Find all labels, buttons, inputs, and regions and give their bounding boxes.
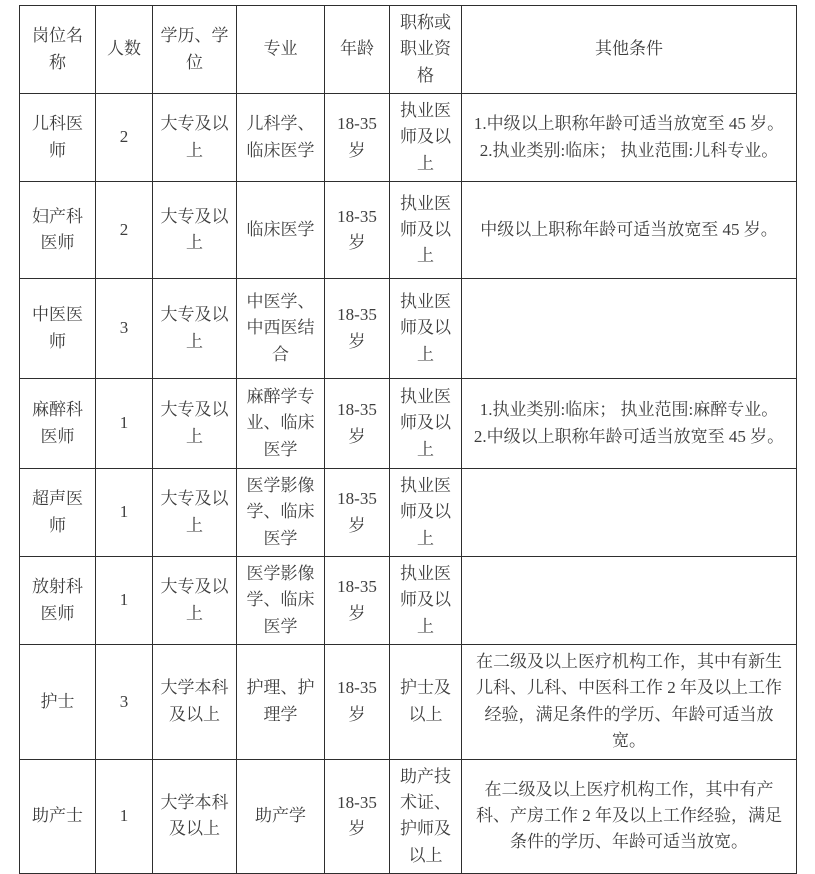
- header-education: 学历、学位: [153, 6, 237, 94]
- header-other-conditions: 其他条件: [462, 6, 797, 94]
- table-row: 儿科医师 2 大专及以上 儿科学、临床医学 18-35岁 执业医师及以上 1.中…: [20, 94, 797, 182]
- cell-count: 1: [96, 759, 153, 873]
- cell-qualification: 执业医师及以上: [390, 557, 462, 645]
- cell-education: 大专及以上: [153, 379, 237, 469]
- cell-age: 18-35岁: [325, 379, 390, 469]
- cell-major: 儿科学、临床医学: [237, 94, 325, 182]
- table-row: 麻醉科医师 1 大专及以上 麻醉学专业、临床医学 18-35岁 执业医师及以上 …: [20, 379, 797, 469]
- cell-other-conditions: [462, 557, 797, 645]
- cell-education: 大专及以上: [153, 469, 237, 557]
- cell-count: 1: [96, 469, 153, 557]
- cell-count: 2: [96, 94, 153, 182]
- cell-major: 中医学、中西医结合: [237, 279, 325, 379]
- cell-age: 18-35岁: [325, 279, 390, 379]
- table-row: 妇产科医师 2 大专及以上 临床医学 18-35岁 执业医师及以上 中级以上职称…: [20, 182, 797, 279]
- header-count: 人数: [96, 6, 153, 94]
- cell-age: 18-35岁: [325, 182, 390, 279]
- cell-age: 18-35岁: [325, 94, 390, 182]
- cell-position: 中医医师: [20, 279, 96, 379]
- cell-count: 1: [96, 379, 153, 469]
- cell-position: 妇产科医师: [20, 182, 96, 279]
- header-position: 岗位名称: [20, 6, 96, 94]
- cell-other-conditions: 1.中级以上职称年龄可适当放宽至 45 岁。 2.执业类别:临床； 执业范围:儿…: [462, 94, 797, 182]
- cell-count: 3: [96, 279, 153, 379]
- cell-age: 18-35岁: [325, 469, 390, 557]
- table-header: 岗位名称 人数 学历、学位 专业 年龄 职称或职业资格 其他条件: [20, 6, 797, 94]
- cell-count: 3: [96, 645, 153, 759]
- cell-qualification: 执业医师及以上: [390, 469, 462, 557]
- header-major: 专业: [237, 6, 325, 94]
- cell-education: 大专及以上: [153, 279, 237, 379]
- cell-age: 18-35岁: [325, 759, 390, 873]
- cell-other-conditions: 1.执业类别:临床； 执业范围:麻醉专业。 2.中级以上职称年龄可适当放宽至 4…: [462, 379, 797, 469]
- header-qualification: 职称或职业资格: [390, 6, 462, 94]
- table-row: 助产士 1 大学本科及以上 助产学 18-35岁 助产技术证、护师及以上 在二级…: [20, 759, 797, 873]
- header-row: 岗位名称 人数 学历、学位 专业 年龄 职称或职业资格 其他条件: [20, 6, 797, 94]
- cell-major: 临床医学: [237, 182, 325, 279]
- cell-other-conditions: [462, 469, 797, 557]
- cell-age: 18-35岁: [325, 645, 390, 759]
- cell-qualification: 执业医师及以上: [390, 279, 462, 379]
- cell-qualification: 执业医师及以上: [390, 182, 462, 279]
- cell-qualification: 助产技术证、护师及以上: [390, 759, 462, 873]
- table-body: 儿科医师 2 大专及以上 儿科学、临床医学 18-35岁 执业医师及以上 1.中…: [20, 94, 797, 874]
- cell-position: 助产士: [20, 759, 96, 873]
- cell-position: 麻醉科医师: [20, 379, 96, 469]
- cell-qualification: 执业医师及以上: [390, 379, 462, 469]
- cell-education: 大专及以上: [153, 182, 237, 279]
- cell-position: 儿科医师: [20, 94, 96, 182]
- cell-education: 大专及以上: [153, 94, 237, 182]
- cell-count: 2: [96, 182, 153, 279]
- cell-other-conditions: 在二级及以上医疗机构工作，其中有新生儿科、儿科、中医科工作 2 年及以上工作经验…: [462, 645, 797, 759]
- cell-other-conditions: 中级以上职称年龄可适当放宽至 45 岁。: [462, 182, 797, 279]
- cell-other-conditions: [462, 279, 797, 379]
- cell-other-conditions: 在二级及以上医疗机构工作，其中有产科、产房工作 2 年及以上工作经验，满足条件的…: [462, 759, 797, 873]
- cell-education: 大学本科及以上: [153, 759, 237, 873]
- cell-age: 18-35岁: [325, 557, 390, 645]
- table-row: 超声医师 1 大专及以上 医学影像学、临床医学 18-35岁 执业医师及以上: [20, 469, 797, 557]
- cell-major: 助产学: [237, 759, 325, 873]
- recruitment-table-page: 岗位名称 人数 学历、学位 专业 年龄 职称或职业资格 其他条件 儿科医师 2 …: [0, 0, 815, 810]
- cell-major: 医学影像学、临床医学: [237, 557, 325, 645]
- cell-education: 大专及以上: [153, 557, 237, 645]
- cell-major: 医学影像学、临床医学: [237, 469, 325, 557]
- cell-major: 麻醉学专业、临床医学: [237, 379, 325, 469]
- cell-position: 护士: [20, 645, 96, 759]
- cell-position: 超声医师: [20, 469, 96, 557]
- cell-count: 1: [96, 557, 153, 645]
- cell-major: 护理、护理学: [237, 645, 325, 759]
- cell-education: 大学本科及以上: [153, 645, 237, 759]
- recruitment-table: 岗位名称 人数 学历、学位 专业 年龄 职称或职业资格 其他条件 儿科医师 2 …: [19, 5, 797, 874]
- header-age: 年龄: [325, 6, 390, 94]
- cell-qualification: 执业医师及以上: [390, 94, 462, 182]
- table-row: 中医医师 3 大专及以上 中医学、中西医结合 18-35岁 执业医师及以上: [20, 279, 797, 379]
- table-row: 放射科医师 1 大专及以上 医学影像学、临床医学 18-35岁 执业医师及以上: [20, 557, 797, 645]
- cell-position: 放射科医师: [20, 557, 96, 645]
- cell-qualification: 护士及以上: [390, 645, 462, 759]
- table-row: 护士 3 大学本科及以上 护理、护理学 18-35岁 护士及以上 在二级及以上医…: [20, 645, 797, 759]
